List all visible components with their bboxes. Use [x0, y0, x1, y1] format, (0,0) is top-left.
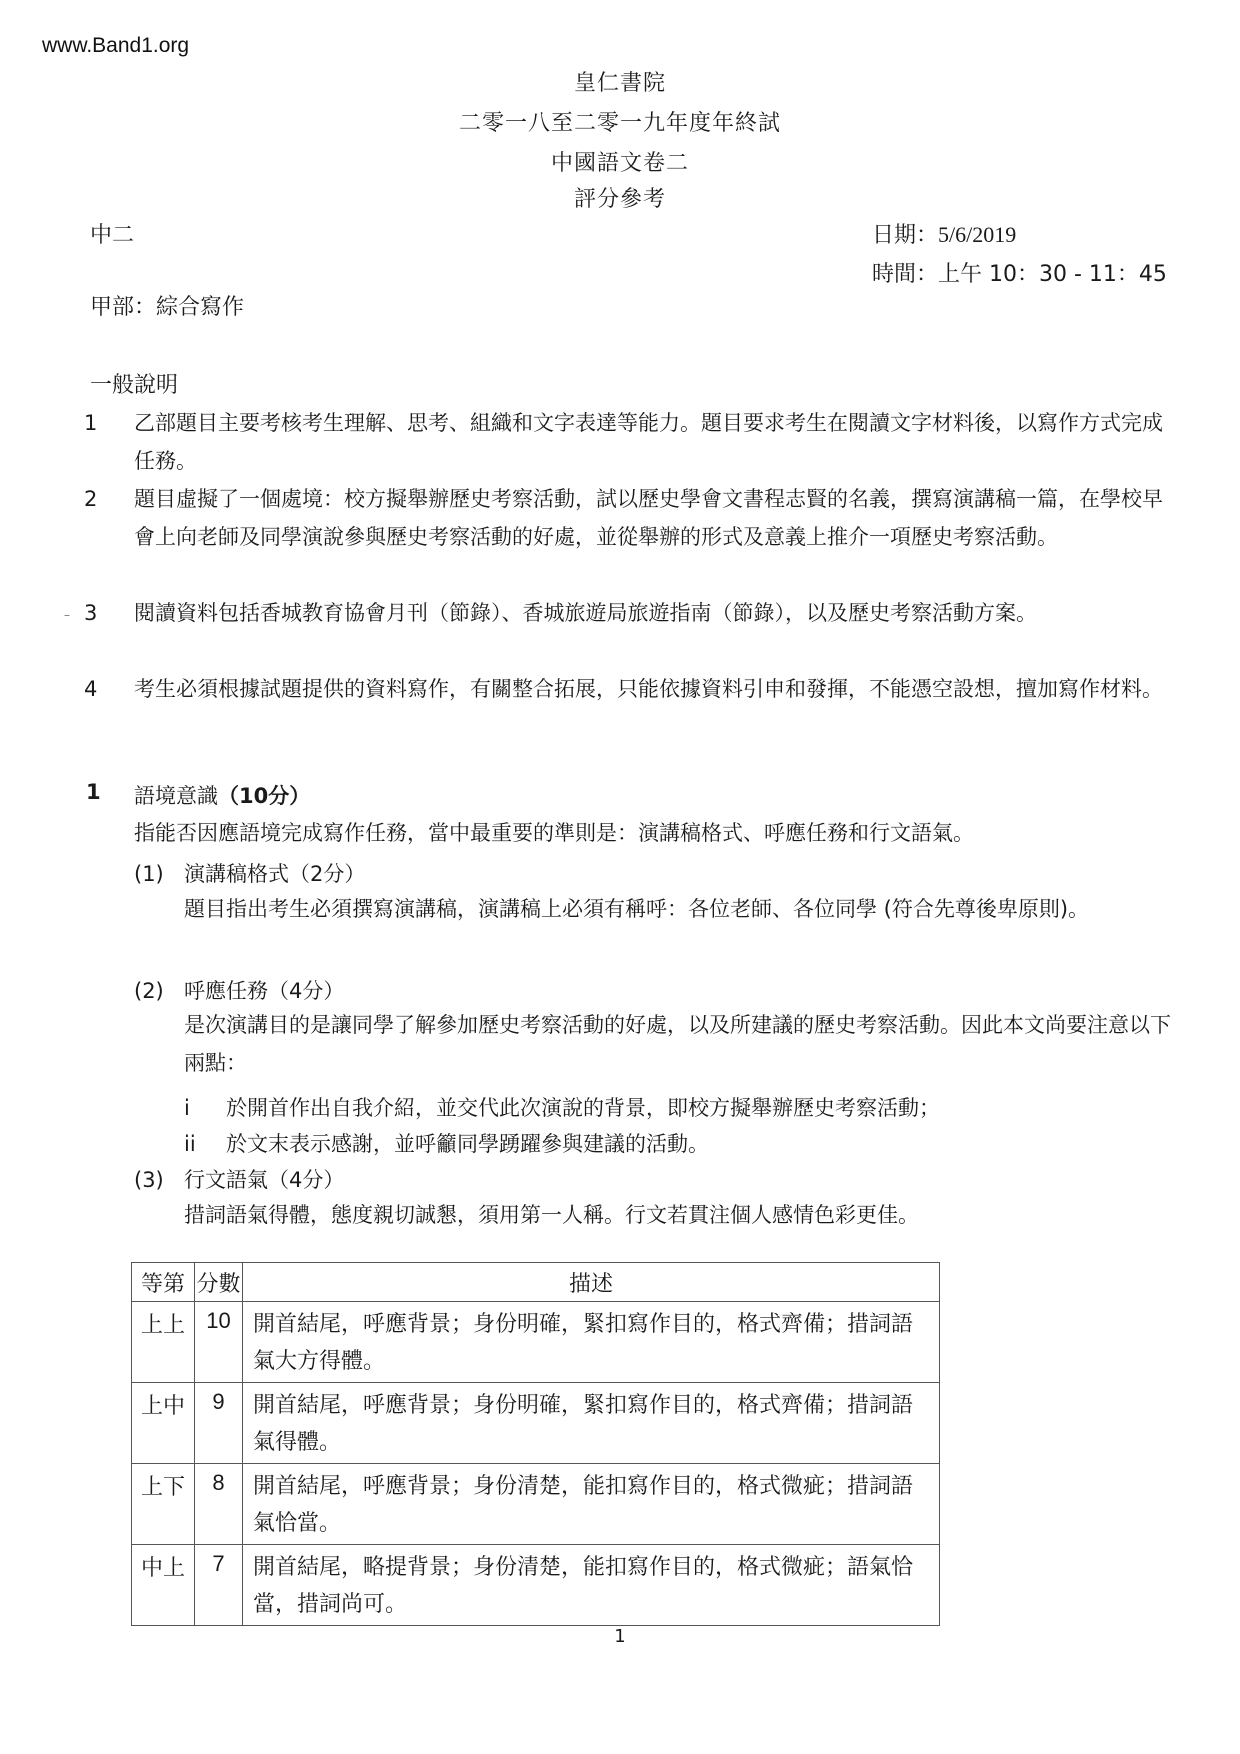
cell-grade: 上中: [132, 1383, 195, 1464]
cell-description: 開首結尾，呼應背景；身份明確，緊扣寫作目的，格式齊備；措詞語氣得體。: [243, 1383, 940, 1464]
column-header-description: 描述: [243, 1263, 940, 1302]
paper-title: 中國語文卷二: [0, 146, 1240, 177]
subsection-heading: (2)呼應任務（4分）: [134, 975, 344, 1005]
table-row: 上中 9 開首結尾，呼應背景；身份明確，緊扣寫作目的，格式齊備；措詞語氣得體。: [132, 1383, 940, 1464]
cell-description: 開首結尾，略提背景；身份清楚，能扣寫作目的，格式微疵；語氣恰當，措詞尚可。: [243, 1545, 940, 1626]
column-header-grade: 等第: [132, 1263, 195, 1302]
exam-title: 二零一八至二零一九年度年終試: [0, 106, 1240, 137]
exam-time: 時間：上午 10：30 - 11：45: [872, 257, 1167, 288]
date-value: 5/6/2019: [938, 222, 1016, 247]
section-title: 語境意識（10分）: [134, 780, 310, 810]
item-number: 1: [84, 404, 97, 442]
document-type: 評分參考: [0, 182, 1240, 213]
general-note-item: 3 閱讀資料包括香城教育協會月刊（節錄）、香城旅遊局旅遊指南（節錄），以及歷史考…: [80, 594, 1180, 632]
subsection-title: 演講稿格式（2分）: [184, 862, 365, 886]
item-number: 4: [84, 670, 97, 708]
general-note-item: 4 考生必須根據試題提供的資料寫作，有關整合拓展，只能依據資料引申和發揮，不能憑…: [80, 670, 1180, 708]
section-points: （10分）: [218, 784, 310, 808]
time-value: 上午 10：30 - 11：45: [938, 262, 1167, 287]
section-heading: 1 語境意識（10分）: [86, 780, 101, 804]
subsection-heading: (3)行文語氣（4分）: [134, 1164, 344, 1194]
section-intro: 指能否因應語境完成寫作任務，當中最重要的準則是：演講稿格式、呼應任務和行文語氣。: [134, 814, 1174, 852]
cell-score: 9: [195, 1383, 243, 1464]
column-header-score: 分數: [195, 1263, 243, 1302]
sub-point: i於開首作出自我介紹，並交代此次演說的背景，即校方擬舉辦歷史考察活動；: [184, 1092, 940, 1122]
cell-grade: 上下: [132, 1464, 195, 1545]
sub-point-text: 於文末表示感謝，並呼籲同學踴躍參與建議的活動。: [226, 1132, 709, 1156]
cell-score: 7: [195, 1545, 243, 1626]
table-header-row: 等第 分數 描述: [132, 1263, 940, 1302]
cell-description: 開首結尾，呼應背景；身份清楚，能扣寫作目的，格式微疵；措詞語氣恰當。: [243, 1464, 940, 1545]
subsection-number: (1): [134, 862, 184, 886]
cell-score: 10: [195, 1302, 243, 1383]
rubric-table: 等第 分數 描述 上上 10 開首結尾，呼應背景；身份明確，緊扣寫作目的，格式齊…: [131, 1262, 940, 1626]
cell-grade: 上上: [132, 1302, 195, 1383]
subsection-title: 呼應任務（4分）: [184, 979, 344, 1003]
subsection-title: 行文語氣（4分）: [184, 1168, 344, 1192]
cell-score: 8: [195, 1464, 243, 1545]
time-label: 時間：: [872, 262, 938, 287]
sub-point-number: i: [184, 1096, 226, 1120]
subsection-number: (3): [134, 1168, 184, 1192]
sub-point-text: 於開首作出自我介紹，並交代此次演說的背景，即校方擬舉辦歷史考察活動；: [226, 1096, 940, 1120]
general-note-item: 2 題目虛擬了一個處境：校方擬舉辦歷史考察活動，試以歷史學會文書程志賢的名義，撰…: [80, 480, 1180, 556]
item-text: 考生必須根據試題提供的資料寫作，有關整合拓展，只能依據資料引申和發揮，不能憑空設…: [134, 670, 1180, 708]
exam-date: 日期：5/6/2019: [872, 218, 1016, 249]
cell-grade: 中上: [132, 1545, 195, 1626]
table-row: 上下 8 開首結尾，呼應背景；身份清楚，能扣寫作目的，格式微疵；措詞語氣恰當。: [132, 1464, 940, 1545]
school-name: 皇仁書院: [0, 66, 1240, 97]
cell-description: 開首結尾，呼應背景；身份明確，緊扣寫作目的，格式齊備；措詞語氣大方得體。: [243, 1302, 940, 1383]
item-number: 2: [84, 480, 97, 518]
subsection-text: 題目指出考生必須撰寫演講稿，演講稿上必須有稱呼：各位老師、各位同學 (符合先尊後…: [184, 890, 1174, 928]
date-label: 日期：: [872, 223, 938, 248]
subsection-number: (2): [134, 979, 184, 1003]
item-number: 3: [84, 594, 97, 632]
item-text: 閱讀資料包括香城教育協會月刊（節錄）、香城旅遊局旅遊指南（節錄），以及歷史考察活…: [134, 594, 1180, 632]
sub-point: ii於文末表示感謝，並呼籲同學踴躍參與建議的活動。: [184, 1128, 709, 1158]
table-row: 上上 10 開首結尾，呼應背景；身份明確，緊扣寫作目的，格式齊備；措詞語氣大方得…: [132, 1302, 940, 1383]
subsection-heading: (1)演講稿格式（2分）: [134, 858, 365, 888]
general-note-item: 1 乙部題目主要考核考生理解、思考、組織和文字表達等能力。題目要求考生在閱讀文字…: [80, 404, 1180, 480]
item-text: 乙部題目主要考核考生理解、思考、組織和文字表達等能力。題目要求考生在閱讀文字材料…: [134, 404, 1180, 480]
subsection-text: 是次演講目的是讓同學了解參加歷史考察活動的好處，以及所建議的歷史考察活動。因此本…: [184, 1006, 1174, 1082]
subsection-text: 措詞語氣得體，態度親切誠懇，須用第一人稱。行文若貫注個人感情色彩更佳。: [184, 1196, 1174, 1234]
section-title-text: 語境意識: [134, 784, 218, 808]
sub-point-number: ii: [184, 1132, 226, 1156]
general-notes-heading: 一般說明: [90, 368, 178, 399]
part-title: 甲部：綜合寫作: [90, 290, 244, 321]
page-number: 1: [0, 1626, 1240, 1647]
section-number: 1: [86, 780, 101, 804]
margin-mark: –: [64, 608, 70, 622]
table-row: 中上 7 開首結尾，略提背景；身份清楚，能扣寫作目的，格式微疵；語氣恰當，措詞尚…: [132, 1545, 940, 1626]
grade-level: 中二: [90, 218, 134, 249]
item-text: 題目虛擬了一個處境：校方擬舉辦歷史考察活動，試以歷史學會文書程志賢的名義，撰寫演…: [134, 480, 1180, 556]
watermark-url: www.Band1.org: [42, 34, 189, 58]
